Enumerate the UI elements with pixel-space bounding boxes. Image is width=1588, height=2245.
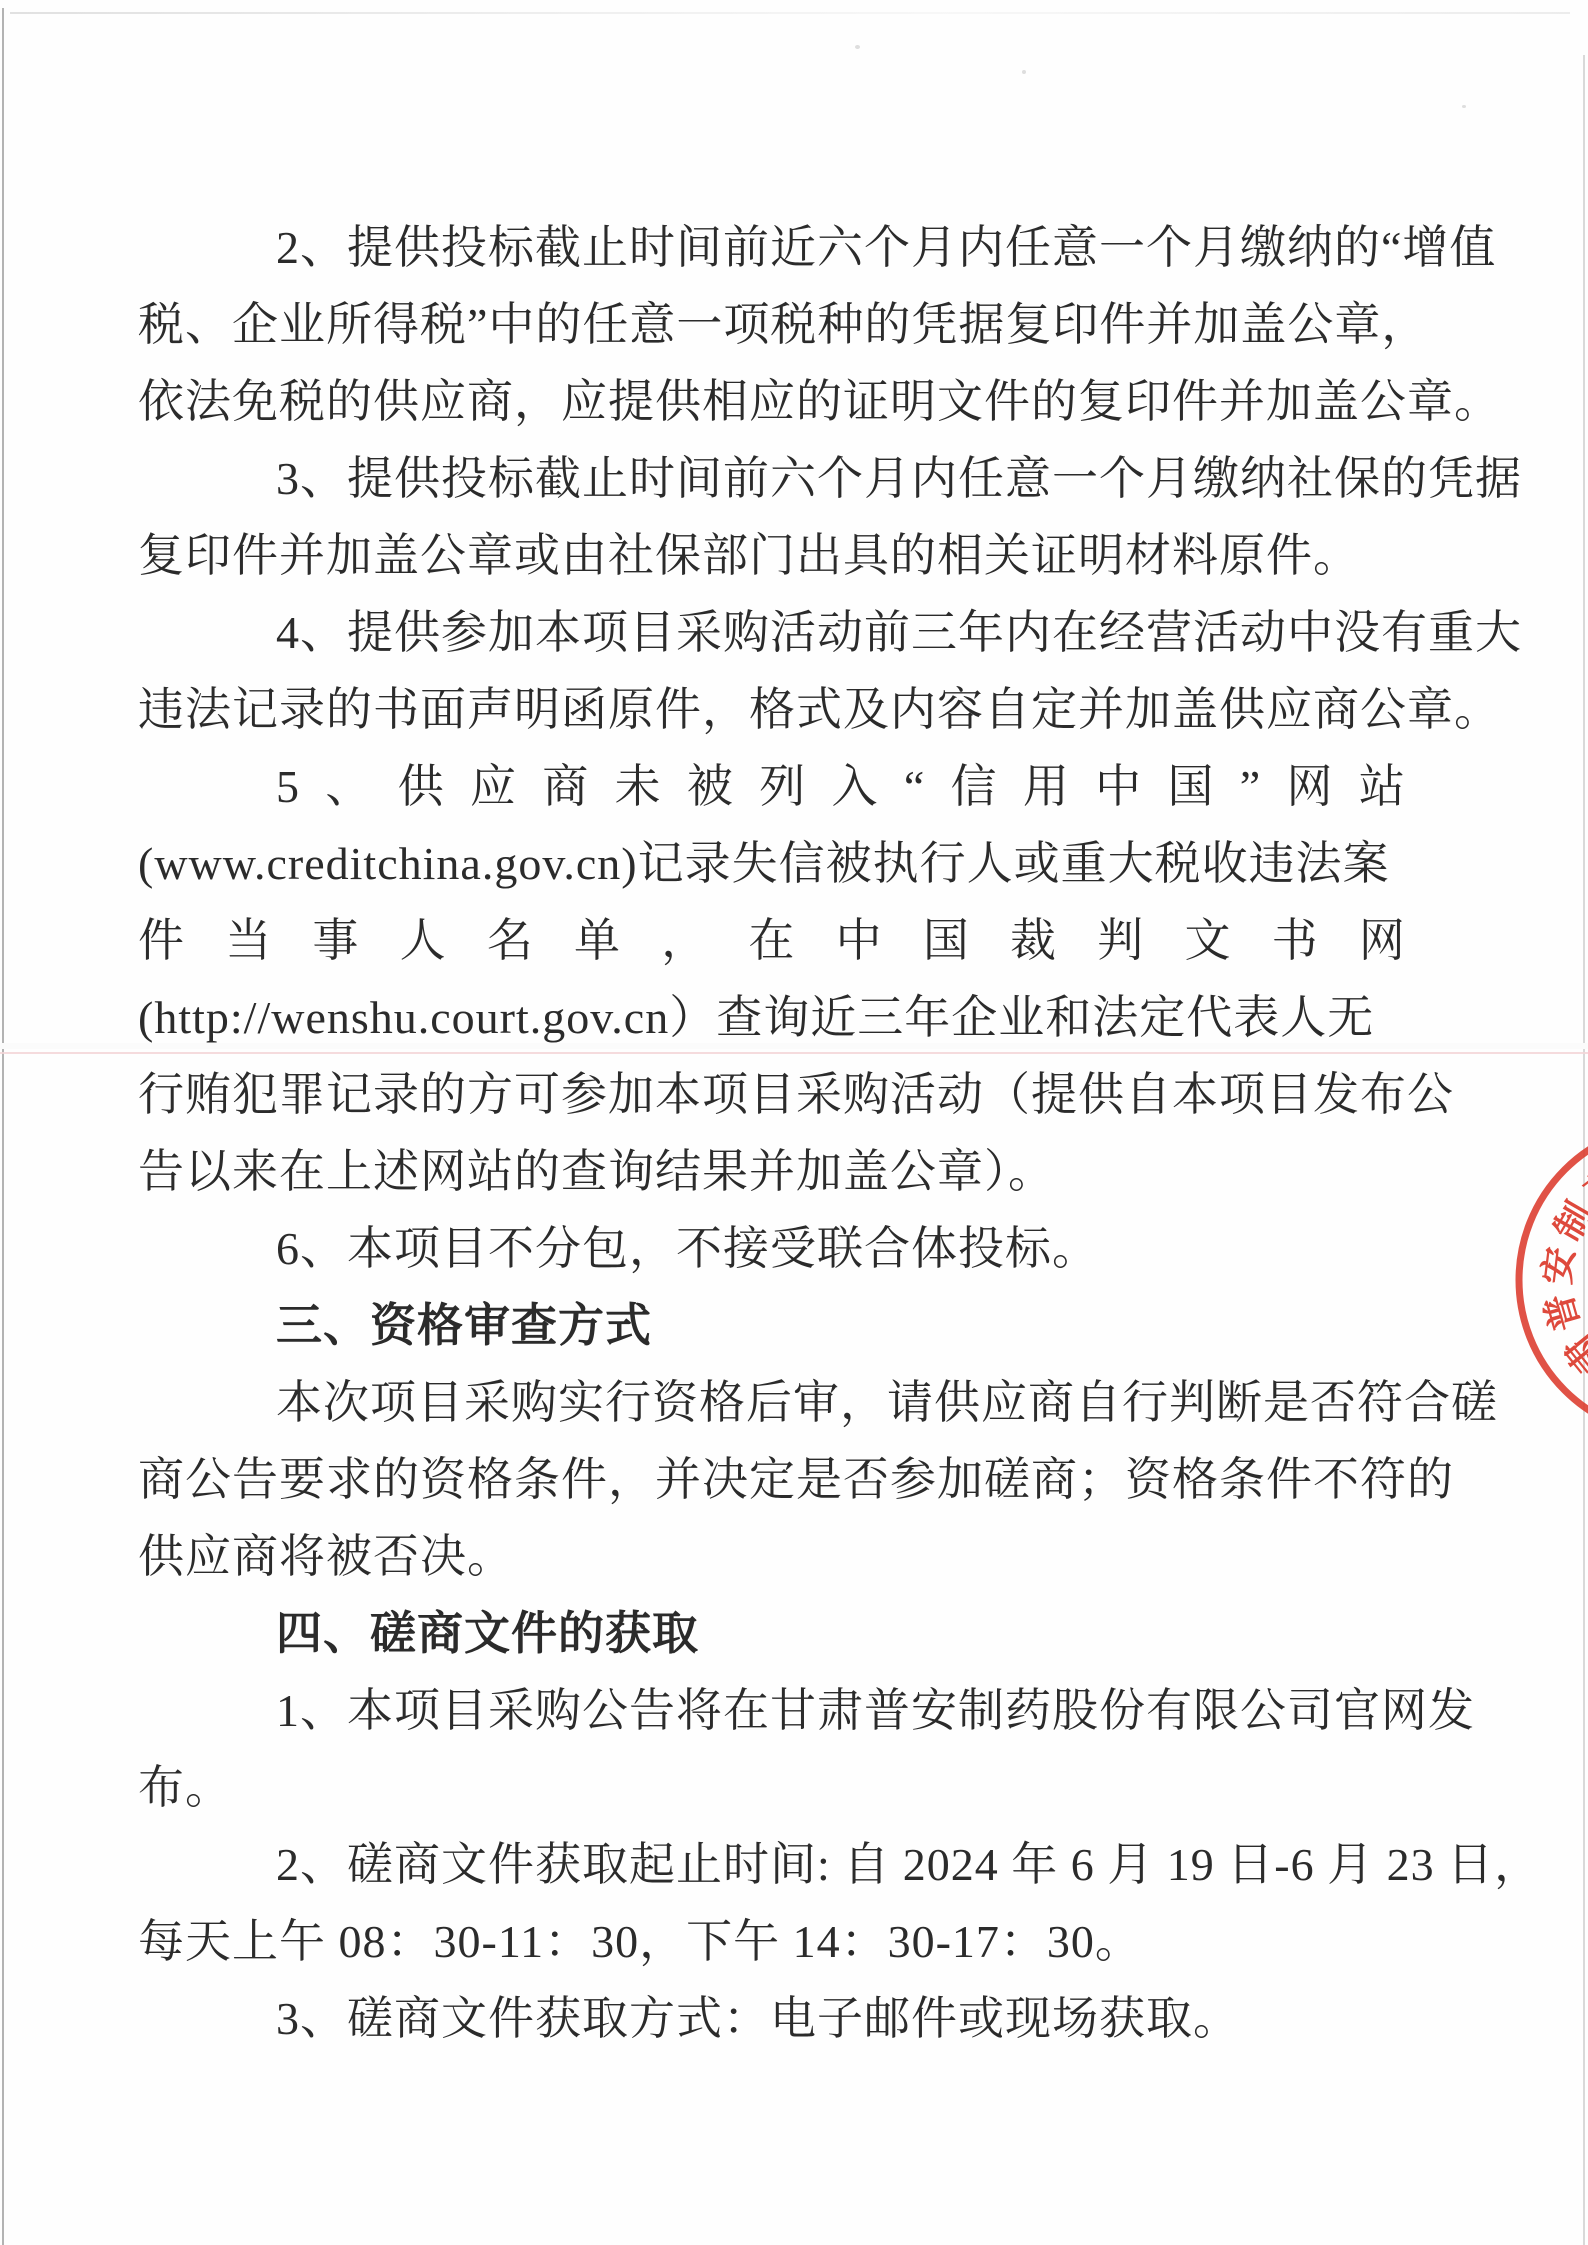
text-line: 4、提供参加本项目采购活动前三年内在经营活动中没有重大 — [138, 594, 1406, 671]
text-line: 1、本项目采购公告将在甘肃普安制药股份有限公司官网发 — [138, 1672, 1406, 1749]
text-line: 违法记录的书面声明函原件，格式及内容自定并加盖供应商公章。 — [138, 671, 1406, 748]
text-line: 每天上午 08：30-11：30，下午 14：30-17：30。 — [138, 1903, 1406, 1980]
text-line: 四、磋商文件的获取 — [138, 1595, 1406, 1672]
text-line: 2、提供投标截止时间前近六个月内任意一个月缴纳的“增值 — [138, 209, 1406, 286]
scan-speck — [1462, 105, 1466, 108]
scan-edge-top-line — [10, 12, 1570, 14]
text-line: (www.creditchina.gov.cn)记录失信被执行人或重大税收违法案 — [138, 825, 1406, 902]
text-line: 商公告要求的资格条件，并决定是否参加磋商；资格条件不符的 — [138, 1441, 1406, 1518]
text-line: 复印件并加盖公章或由社保部门出具的相关证明材料原件。 — [138, 517, 1406, 594]
scan-edge-left-line — [2, 8, 4, 2245]
seal-character: 制 — [1547, 1195, 1588, 1248]
text-line: 供应商将被否决。 — [138, 1518, 1406, 1595]
scan-speck — [855, 45, 860, 49]
text-line: (http://wenshu.court.gov.cn）查询近三年企业和法定代表… — [138, 979, 1406, 1056]
seal-character: 普 — [1538, 1289, 1588, 1336]
text-line: 2、磋商文件获取起止时间: 自 2024 年 6 月 19 日-6 月 23 日… — [138, 1826, 1406, 1903]
text-line: 6、本项目不分包，不接受联合体投标。 — [138, 1210, 1406, 1287]
company-seal: 甘肃普安制药 — [1470, 1100, 1588, 1460]
text-line: 5、供应商未被列入“信用中国”网站 — [138, 748, 1406, 825]
seal-character: 安 — [1536, 1245, 1582, 1287]
text-line: 本次项目采购实行资格后审，请供应商自行判断是否符合磋 — [138, 1364, 1406, 1441]
scan-speck — [1022, 70, 1026, 74]
seal-character: 肃 — [1557, 1326, 1588, 1381]
text-line: 三、资格审查方式 — [138, 1287, 1406, 1364]
document-body: 2、提供投标截止时间前近六个月内任意一个月缴纳的“增值税、企业所得税”中的任意一… — [138, 209, 1406, 2057]
text-line: 告以来在上述网站的查询结果并加盖公章）。 — [138, 1133, 1406, 1210]
document-page: 2、提供投标截止时间前近六个月内任意一个月缴纳的“增值税、企业所得税”中的任意一… — [0, 0, 1588, 2245]
text-line: 3、提供投标截止时间前六个月内任意一个月缴纳社保的凭据 — [138, 440, 1406, 517]
text-line: 布。 — [138, 1749, 1406, 1826]
text-line: 依法免税的供应商，应提供相应的证明文件的复印件并加盖公章。 — [138, 363, 1406, 440]
text-line: 3、磋商文件获取方式：电子邮件或现场获取。 — [138, 1980, 1406, 2057]
text-line: 税、企业所得税”中的任意一项税种的凭据复印件并加盖公章， — [138, 286, 1406, 363]
text-line: 件当事人名单，在中国裁判文书网 — [138, 902, 1406, 979]
text-line: 行贿犯罪记录的方可参加本项目采购活动（提供自本项目发布公 — [138, 1056, 1406, 1133]
